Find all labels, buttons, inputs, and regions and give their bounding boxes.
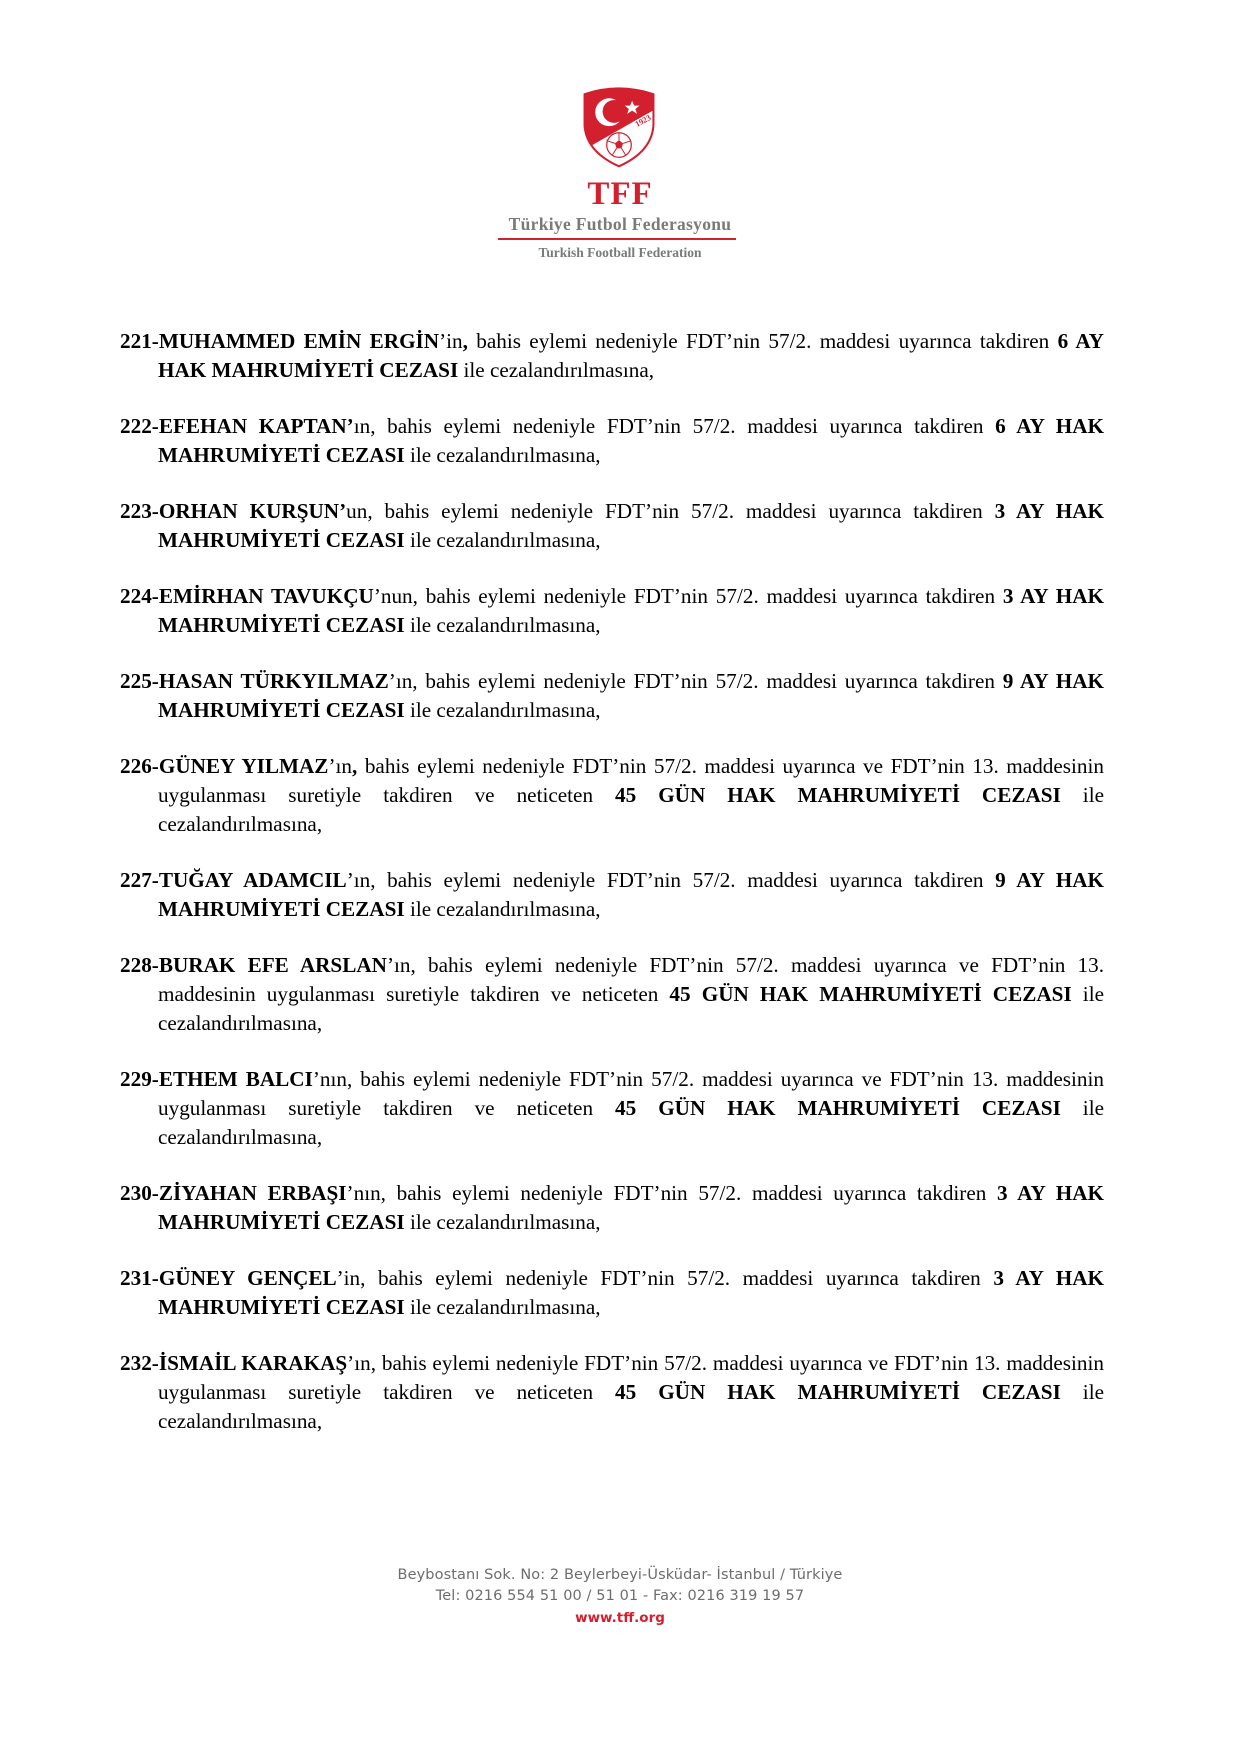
bold-text-run: 224-EMİRHAN TAVUKÇU: [120, 584, 374, 608]
text-run: ’in: [439, 329, 463, 353]
decision-entry: 229-ETHEM BALCI’nın, bahis eylemi nedeni…: [120, 1065, 1104, 1152]
org-name-turkish: Türkiye Futbol Federasyonu: [0, 214, 1240, 235]
text-run: ile cezalandırılmasına,: [405, 698, 601, 722]
text-run: ile cezalandırılmasına,: [405, 1210, 601, 1234]
bold-text-run: 230-ZİYAHAN ERBAŞI: [120, 1181, 347, 1205]
org-name-english: Turkish Football Federation: [0, 245, 1240, 261]
text-run: ile cezalandırılmasına,: [405, 1295, 601, 1319]
letterhead: 1923 TFF Türkiye Futbol Federasyonu Turk…: [0, 0, 1240, 280]
text-run: ile cezalandırılmasına,: [458, 358, 654, 382]
footer: Beybostanı Sok. No: 2 Beylerbeyi-Üsküdar…: [0, 1565, 1240, 1629]
decision-entry: 231-GÜNEY GENÇEL’in, bahis eylemi nedeni…: [120, 1264, 1104, 1322]
text-run: ’ın, bahis eylemi nedeniyle FDT’nin 57/2…: [389, 669, 1003, 693]
bold-text-run: 45 GÜN HAK MAHRUMİYETİ CEZASI: [615, 1096, 1061, 1120]
decision-list: 221-MUHAMMED EMİN ERGİN’in, bahis eylemi…: [120, 327, 1104, 1463]
bold-text-run: 229-ETHEM BALCI: [120, 1067, 313, 1091]
text-run: ’ın: [328, 754, 352, 778]
bold-text-run: 228-BURAK EFE ARSLAN: [120, 953, 387, 977]
decision-entry: 232-İSMAİL KARAKAŞ’ın, bahis eylemi nede…: [120, 1349, 1104, 1436]
text-run: ın, bahis eylemi nedeniyle FDT’nin 57/2.…: [354, 414, 995, 438]
decision-entry: 226-GÜNEY YILMAZ’ın, bahis eylemi nedeni…: [120, 752, 1104, 839]
text-run: ’ın, bahis eylemi nedeniyle FDT’nin 57/2…: [347, 868, 995, 892]
bold-text-run: 227-TUĞAY ADAMCIL: [120, 868, 347, 892]
decision-entry: 227-TUĞAY ADAMCIL’ın, bahis eylemi neden…: [120, 866, 1104, 924]
bold-text-run: 223-ORHAN KURŞUN’: [120, 499, 346, 523]
decision-entry: 230-ZİYAHAN ERBAŞI’nın, bahis eylemi ned…: [120, 1179, 1104, 1237]
decision-entry: 222-EFEHAN KAPTAN’ın, bahis eylemi neden…: [120, 412, 1104, 470]
footer-website-link[interactable]: www.tff.org: [0, 1607, 1240, 1629]
bold-text-run: 231-GÜNEY GENÇEL: [120, 1266, 337, 1290]
text-run: ’nun, bahis eylemi nedeniyle FDT’nin 57/…: [374, 584, 1003, 608]
bold-text-run: 232-İSMAİL KARAKAŞ: [120, 1351, 347, 1375]
footer-address: Beybostanı Sok. No: 2 Beylerbeyi-Üsküdar…: [0, 1565, 1240, 1586]
text-run: bahis eylemi nedeniyle FDT’nin 57/2. mad…: [468, 329, 1058, 353]
text-run: ile cezalandırılmasına,: [405, 528, 601, 552]
text-run: ile cezalandırılmasına,: [405, 613, 601, 637]
bold-text-run: 45 GÜN HAK MAHRUMİYETİ CEZASI: [615, 783, 1061, 807]
decision-entry: 223-ORHAN KURŞUN’un, bahis eylemi nedeni…: [120, 497, 1104, 555]
header-divider: [498, 238, 736, 240]
decision-entry: 225-HASAN TÜRKYILMAZ’ın, bahis eylemi ne…: [120, 667, 1104, 725]
decision-entry: 224-EMİRHAN TAVUKÇU’nun, bahis eylemi ne…: [120, 582, 1104, 640]
bold-text-run: 226-GÜNEY YILMAZ: [120, 754, 328, 778]
bold-text-run: 221-MUHAMMED EMİN ERGİN: [120, 329, 439, 353]
text-run: ’nın, bahis eylemi nedeniyle FDT’nin 57/…: [347, 1181, 998, 1205]
decision-entry: 228-BURAK EFE ARSLAN’ın, bahis eylemi ne…: [120, 951, 1104, 1038]
footer-phone-fax: Tel: 0216 554 51 00 / 51 01 - Fax: 0216 …: [0, 1586, 1240, 1607]
bold-text-run: 45 GÜN HAK MAHRUMİYETİ CEZASI: [669, 982, 1071, 1006]
text-run: ile cezalandırılmasına,: [405, 443, 601, 467]
bold-text-run: 222-EFEHAN KAPTAN’: [120, 414, 354, 438]
tff-shield-logo-icon: 1923: [578, 86, 660, 168]
decision-entry: 221-MUHAMMED EMİN ERGİN’in, bahis eylemi…: [120, 327, 1104, 385]
text-run: ile cezalandırılmasına,: [405, 897, 601, 921]
text-run: un, bahis eylemi nedeniyle FDT’nin 57/2.…: [346, 499, 994, 523]
text-run: ’in, bahis eylemi nedeniyle FDT’nin 57/2…: [337, 1266, 994, 1290]
bold-text-run: 225-HASAN TÜRKYILMAZ: [120, 669, 389, 693]
bold-text-run: 45 GÜN HAK MAHRUMİYETİ CEZASI: [615, 1380, 1061, 1404]
tff-acronym: TFF: [0, 176, 1240, 213]
